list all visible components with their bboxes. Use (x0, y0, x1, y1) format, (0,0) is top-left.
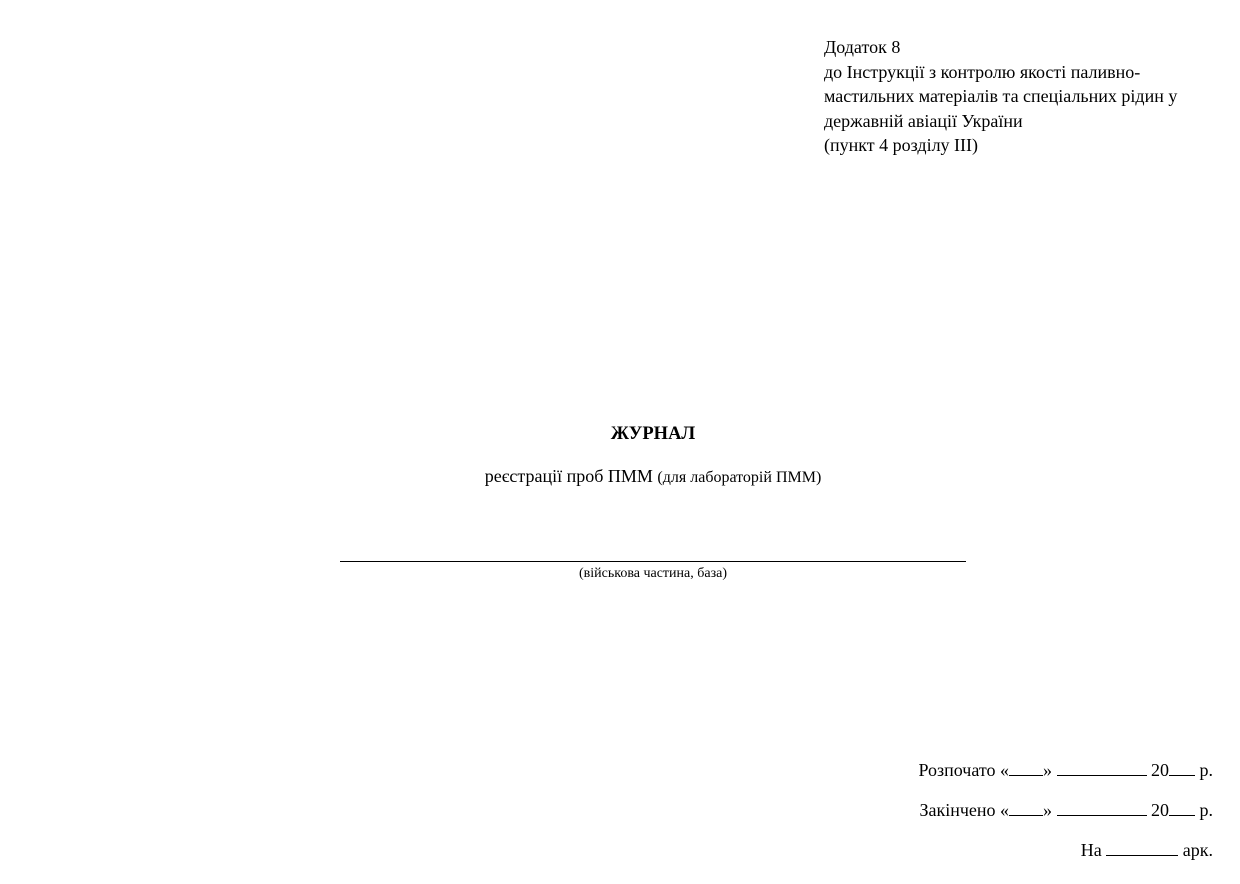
finished-year-field[interactable] (1169, 800, 1195, 816)
journal-subtitle-main: реєстрації проб ПММ (485, 466, 653, 486)
appendix-reference-line-1: до Інструкції з контролю якості паливно- (824, 60, 1224, 85)
sheets-count-field[interactable] (1106, 840, 1178, 856)
appendix-reference-line-2: мастильних матеріалів та спеціальних рід… (824, 84, 1224, 109)
appendix-reference-line-3: державній авіації України (824, 109, 1224, 134)
finished-row: Закінчено «» 20 р. (918, 799, 1213, 839)
journal-title: ЖУРНАЛ (0, 424, 1240, 445)
military-unit-field[interactable] (340, 561, 966, 562)
started-year-field[interactable] (1169, 760, 1195, 776)
sheets-label: На (1081, 840, 1102, 860)
started-row: Розпочато «» 20 р. (918, 759, 1213, 799)
finished-year-unit: р. (1200, 800, 1214, 820)
finished-day-field[interactable] (1009, 800, 1043, 816)
finished-month-field[interactable] (1057, 800, 1147, 816)
appendix-number: Додаток 8 (824, 35, 1224, 60)
started-month-field[interactable] (1057, 760, 1147, 776)
started-close-quote: » (1043, 760, 1052, 780)
appendix-clause: (пункт 4 розділу ІІІ) (824, 133, 1224, 158)
appendix-header: Додаток 8 до Інструкції з контролю якост… (824, 35, 1224, 158)
started-day-field[interactable] (1009, 760, 1043, 776)
sheets-row: На арк. (918, 839, 1213, 879)
journal-dates: Розпочато «» 20 р. Закінчено «» 20 р. На… (918, 759, 1213, 879)
started-open-quote: « (1000, 760, 1009, 780)
finished-label: Закінчено (919, 800, 995, 820)
journal-subtitle: реєстрації проб ПММ (для лабораторій ПММ… (0, 466, 1240, 487)
journal-subtitle-note: (для лабораторій ПММ) (657, 469, 821, 486)
military-unit-caption: (військова частина, база) (340, 566, 966, 582)
started-year-prefix: 20 (1151, 760, 1169, 780)
started-year-unit: р. (1200, 760, 1214, 780)
document-page: Додаток 8 до Інструкції з контролю якост… (0, 0, 1240, 884)
sheets-unit: арк. (1183, 840, 1213, 860)
finished-open-quote: « (1000, 800, 1009, 820)
started-label: Розпочато (918, 760, 995, 780)
finished-year-prefix: 20 (1151, 800, 1169, 820)
finished-close-quote: » (1043, 800, 1052, 820)
